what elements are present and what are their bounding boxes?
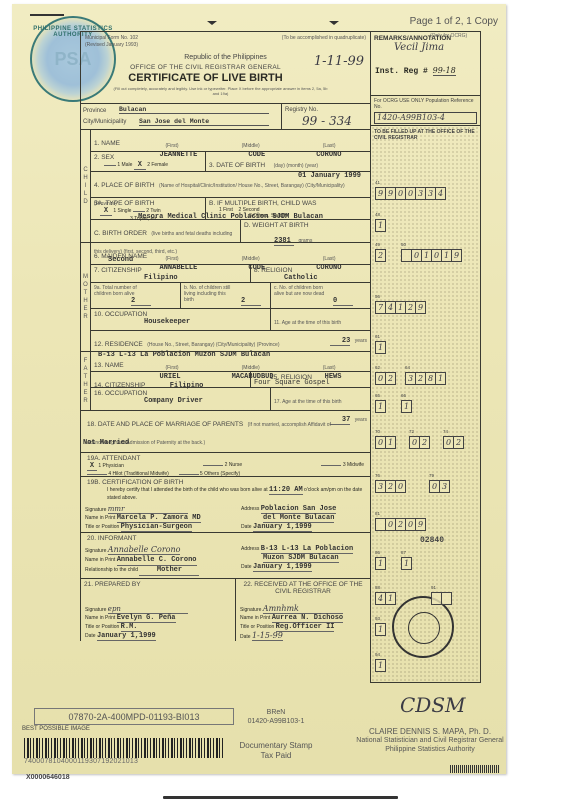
barcode-number: 7400078104000119307192021013	[24, 758, 138, 765]
date-label: Date	[241, 524, 252, 530]
alive-label: 9a. Total number of children born alive	[94, 285, 139, 297]
city-value: San Jose del Monte	[139, 118, 269, 126]
residence-cols: (House No., Street, Barangay) (City/Muni…	[147, 342, 279, 348]
side-letter: I	[85, 182, 87, 190]
mother-religion: Catholic	[284, 274, 367, 282]
location-row: Province Bulacan City/Municipality San J…	[81, 104, 370, 130]
code-label: 87	[401, 550, 406, 555]
date-label: Date	[241, 564, 252, 570]
informant-address-1: B-13 L-13 La Poblacion	[261, 545, 353, 554]
others-option: 3 Others, Specify	[249, 213, 287, 219]
code-label: 65	[375, 393, 380, 398]
marriage-block: 18. DATE AND PLACE OF MARRIAGE OF PARENT…	[81, 411, 370, 441]
ocrg-panel: REMARKS/ANNOTATION Vecil Jima Inst. Reg …	[370, 31, 481, 683]
age-label: 11. Age at the time of this birth	[274, 320, 341, 326]
province-value: Bulacan	[119, 106, 269, 114]
code-49: 2	[375, 249, 385, 262]
code-50: 0 1 0 1 9	[401, 249, 461, 262]
form-header: Municipal Form No. 102 (Revised January …	[81, 32, 370, 104]
scan-mark	[30, 14, 64, 16]
pob-label: 4. PLACE OF BIRTH	[94, 182, 155, 189]
nurse-option: 2 Nurse	[225, 462, 243, 468]
occupation-label: 10. OCCUPATION	[94, 311, 267, 318]
sig-label: Signature	[85, 507, 106, 513]
quadruplicate-note: (To be accomplished in quadruplicate)	[282, 35, 366, 41]
certifier-signature: mmr	[108, 505, 188, 514]
inst-reg-no: 99-18	[433, 66, 456, 76]
bren-block: BReN 01420-A99B103-1	[236, 708, 316, 726]
digit-box: 1	[375, 341, 386, 354]
signer-name: CLAIRE DENNIS S. MAPA, Ph. D.	[330, 727, 530, 736]
physician-check: X	[87, 462, 97, 471]
code-label: 93	[375, 616, 380, 621]
stamp-number: 02840	[420, 536, 444, 545]
code-74: 0 2	[443, 436, 463, 449]
side-letter: T	[84, 373, 88, 381]
father-name-label: 13. NAME	[94, 362, 124, 369]
code-label: 41	[375, 180, 380, 185]
child-name-row: 1. NAME (First) (Middle) (Last) JEANNETT…	[91, 130, 370, 152]
code-label: 81	[375, 511, 380, 516]
digit-box: 2	[375, 249, 386, 262]
col-last: (Last)	[323, 365, 336, 371]
child-side-label: C H I L D	[81, 130, 91, 242]
inst-reg: Inst. Reg # 99-18	[375, 66, 456, 76]
form-no-text: Municipal Form No. 102	[85, 35, 138, 42]
side-letter: E	[83, 389, 87, 397]
male-option: 1 Male	[117, 162, 132, 168]
code-label: 50	[401, 242, 406, 247]
mother-occupation: Housekeeper	[144, 318, 267, 326]
code-41: 9 9 0 0 3 3 4	[375, 187, 445, 200]
title-label: Title or Position	[240, 624, 274, 630]
code-76: 3 2 0	[375, 480, 405, 493]
attendant-block: 19a. ATTENDANT X 1 Physician 2 Nurse 3 M…	[81, 453, 370, 477]
digit-box: 2	[385, 372, 396, 385]
pop-ref-value: 1420-A99B103-4	[374, 112, 477, 124]
code-label: 48	[375, 212, 380, 217]
col-first: (First)	[166, 256, 179, 262]
prepared-received-row: 21. PREPARED BY Signature epn Name in Pr…	[81, 579, 370, 641]
code-70: 0 1	[375, 436, 395, 449]
digit-box: 2	[453, 436, 464, 449]
prepared-by-block: 21. PREPARED BY Signature epn Name in Pr…	[81, 579, 236, 641]
registry-label: Registry No.	[285, 107, 318, 113]
address-label: Address	[241, 546, 259, 552]
digit-box: 1	[401, 557, 412, 570]
sig-label: Signature	[240, 607, 261, 613]
name-label: Name in Print	[85, 515, 115, 521]
female-option: 2 Female	[147, 162, 168, 168]
hilot-check	[87, 474, 107, 475]
city-label: City/Municipality	[83, 119, 126, 125]
code-label: 72	[409, 429, 414, 434]
digit-box: 1	[375, 557, 386, 570]
informant-name: Annabelle C. Corono	[117, 556, 197, 566]
father-section: F A T H E R 13. NAME (First) (Middle) (L…	[81, 352, 370, 411]
type-label: 5a. TYPE OF BIRTH	[94, 200, 202, 207]
page-indicator: Page 1 of 2, 1 Copy	[410, 16, 498, 27]
remarks-signature: Vecil Jima	[394, 42, 477, 53]
side-letter: R	[83, 397, 87, 405]
certifier-left: Signature mmr Name in Print Marcela P. Z…	[85, 505, 201, 532]
midwife-check	[321, 465, 341, 466]
certifier-address-1: Poblacion San Jose	[261, 505, 337, 514]
name-label: Name in Print	[85, 557, 115, 563]
residence-label: 12. RESIDENCE	[94, 341, 143, 348]
preparer-name: Evelyn G. Peña	[117, 614, 176, 623]
digit-box: 1	[435, 372, 446, 385]
children-dead: 0	[333, 297, 353, 306]
multiple-label: b. IF MULTIPLE BIRTH, CHILD WAS	[209, 200, 367, 207]
code-label: 56	[375, 294, 380, 299]
dead-label: c. No. of children born alive but are no…	[274, 285, 329, 297]
punch-mark	[329, 21, 339, 25]
code-56: 7 4 1 2 9	[375, 301, 425, 314]
filled-note: TO BE FILLED UP AT THE OFFICE OF THE CIV…	[371, 126, 480, 144]
mother-name-label: 6. MAIDEN NAME	[94, 253, 147, 260]
side-letter: L	[84, 190, 87, 198]
others-check	[179, 474, 199, 475]
certifier-right: Address Poblacion San Jose del Monte Bul…	[241, 505, 336, 532]
name-label: Name in Print	[85, 615, 115, 621]
children-living: 2	[241, 297, 261, 306]
physician-option: 1 Physician	[98, 463, 124, 469]
signer-block: CLAIRE DENNIS S. MAPA, Ph. D. National S…	[330, 727, 530, 754]
code-label: 70	[375, 429, 380, 434]
preparer-signature: epn	[108, 605, 188, 614]
dob-cols: (day) (month) (year)	[274, 163, 318, 169]
col-middle: (Middle)	[242, 365, 260, 371]
form-revised-text: (Revised January 1993)	[85, 42, 138, 49]
mother-citizenship-row: 7. CITIZENSHIP Filipino 8. RELIGION Cath…	[91, 265, 370, 283]
digit-box: 1	[385, 592, 396, 605]
marriage-value: Not Married	[83, 439, 129, 447]
digit-box	[441, 592, 452, 605]
side-letter: H	[83, 297, 87, 305]
age-label: 17. Age at the time of this birth	[274, 399, 342, 405]
midwife-option: 3 Midwife	[343, 462, 364, 468]
registry-value: 99 - 334	[302, 114, 352, 128]
certifier-name: Marcela P. Zamora MD	[117, 514, 201, 523]
mother-occupation-row: 10. OCCUPATION Housekeeper 11. Age at th…	[91, 309, 370, 331]
child-pob-row: 4. PLACE OF BIRTH (Name of Hospital/Clin…	[91, 172, 370, 198]
single-option: 1 Single	[113, 208, 131, 214]
marriage-value-row: Not Married	[81, 441, 370, 453]
serial-number: X0000646018	[26, 774, 70, 781]
date-label: Date	[85, 633, 96, 639]
side-letter: A	[83, 365, 87, 373]
side-letter: M	[83, 273, 88, 281]
nurse-check	[203, 465, 223, 466]
col-middle: (Middle)	[242, 256, 260, 262]
col-last: (Last)	[323, 256, 336, 262]
informant-address-2: Muzon SJDM Bulacan	[263, 554, 339, 563]
digit-box: 1	[375, 400, 386, 413]
province-label: Province	[83, 108, 106, 114]
pop-ref-box: For OCRG USE ONLY Population Reference N…	[371, 96, 480, 126]
religion-label: 8. RELIGION	[254, 267, 367, 274]
attendant-label: 19a. ATTENDANT	[87, 455, 364, 462]
mother-residence-row: 12. RESIDENCE (House No., Street, Barang…	[91, 331, 370, 351]
title-label: Title or Position	[85, 524, 119, 530]
code-label: 61	[375, 334, 380, 339]
informant-signature: Annabelle Corono	[108, 545, 181, 555]
prepared-label: 21. PREPARED BY	[84, 581, 232, 588]
code-93: 1	[375, 623, 385, 636]
informant-left: Signature Annabelle Corono Name in Print…	[85, 545, 199, 576]
digit-box: 1	[375, 219, 386, 232]
mother-section: M O T H E R 6. MAIDEN NAME (First) (Midd…	[81, 243, 370, 352]
code-label: 64	[405, 365, 410, 370]
col-first: (First)	[166, 143, 179, 149]
side-letter: C	[83, 166, 87, 174]
name-label: Name in Print	[240, 615, 270, 621]
birth-type-row: 5a. TYPE OF BIRTH X 1 Single 2 Twin 3 Tr…	[91, 198, 370, 220]
mother-name-row: 6. MAIDEN NAME (First) (Middle) (Last) A…	[91, 243, 370, 265]
informant-date: January 1,1999	[253, 563, 312, 572]
dob-label: 3. DATE OF BIRTH	[209, 162, 265, 169]
remarks-box: REMARKS/ANNOTATION Vecil Jima Inst. Reg …	[371, 32, 480, 96]
digit-box: 1	[385, 436, 396, 449]
informant-relation: Mother	[139, 566, 199, 576]
code-86: 1	[375, 557, 385, 570]
digit-box: 9	[415, 518, 426, 531]
side-letter: F	[84, 357, 88, 365]
birth-time: 11:20 AM	[269, 486, 303, 495]
side-letter: O	[83, 281, 88, 289]
code-label: 91	[431, 585, 436, 590]
reference-number: 07870-2A-400MPD-01193-BI013	[34, 708, 234, 725]
twin-option: 2 Twin	[146, 208, 160, 214]
side-letter: E	[83, 305, 87, 313]
informant-block: 20. INFORMANT Signature Annabelle Corono…	[81, 533, 370, 579]
side-letter: D	[83, 198, 87, 206]
civil-registrar-seal-icon	[392, 596, 454, 658]
digit-box: 9	[451, 249, 462, 262]
relation-label: Relationship to the child	[85, 567, 138, 573]
col-last: (Last)	[323, 143, 336, 149]
prepared-date: January 1,1999	[97, 632, 156, 641]
sig-label: Signature	[85, 607, 106, 613]
col-first: (First)	[166, 365, 179, 371]
code-65: 1	[375, 400, 385, 413]
twin-check	[133, 211, 145, 212]
title-label: Title or Position	[85, 624, 119, 630]
receiver-signature: Amnhmk	[263, 605, 343, 614]
informant-label: 20. INFORMANT	[87, 535, 364, 542]
digit-box: 4	[435, 187, 446, 200]
form-number: Municipal Form No. 102 (Revised January …	[85, 35, 138, 49]
living-label: b. No. of children still living includin…	[184, 285, 234, 303]
code-81: 0 2 0 9	[375, 518, 425, 531]
punch-mark	[207, 21, 217, 25]
father-citizenship-row: 14. CITIZENSHIP Filipino 15. RELIGION Fo…	[91, 372, 370, 388]
code-91	[431, 592, 451, 605]
small-barcode-icon	[450, 765, 500, 773]
stamp-tax-paid: Documentary Stamp Tax Paid	[236, 741, 316, 761]
code-label: 88	[375, 585, 380, 590]
code-label: 49	[375, 242, 380, 247]
child-name-label: 1. NAME	[94, 140, 120, 147]
receiver-name: Aurrea N. Dichoso	[272, 614, 343, 623]
informant-right: Address B-13 L-13 La Poblacion Muzon SJD…	[241, 545, 353, 572]
digit-box: 0	[395, 480, 406, 493]
certifier-title: Physician-Surgeon	[121, 523, 192, 532]
received-block: 22. RECEIVED AT THE OFFICE OF THE CIVIL …	[236, 579, 370, 641]
code-61: 1	[375, 341, 385, 354]
code-label: 94	[375, 652, 380, 657]
code-label: 76	[375, 473, 380, 478]
address-label: Address	[241, 506, 259, 512]
date-label: Date	[240, 634, 251, 640]
marriage-label: 18. DATE AND PLACE OF MARRIAGE OF PARENT…	[87, 421, 243, 428]
received-date: 1-15-99	[252, 632, 283, 641]
col-middle: (Middle)	[242, 143, 260, 149]
code-79: 0 3	[429, 480, 449, 493]
digit-box: 2	[419, 436, 430, 449]
father-occupation-row: 16. OCCUPATION Company Driver 17. Age at…	[91, 388, 370, 410]
sex-label: 2. SEX	[94, 154, 202, 161]
certification-block: 19b. CERTIFICATION OF BIRTH I hereby cer…	[81, 477, 370, 533]
certification-label: 19b. CERTIFICATION OF BIRTH	[87, 479, 364, 486]
code-label: 62	[375, 365, 380, 370]
child-section: C H I L D 1. NAME (First) (Middle) (Last…	[81, 130, 370, 243]
birth-certificate-form: Municipal Form No. 102 (Revised January …	[80, 31, 370, 641]
registry-box: Registry No. 99 - 334	[281, 104, 370, 129]
occupation-label: 16. OCCUPATION	[94, 390, 267, 397]
code-48: 1	[375, 219, 385, 232]
father-side-label: F A T H E R	[81, 352, 91, 410]
father-religion: Four Square Gospel	[254, 379, 367, 387]
birth-order-row: c. BIRTH ORDER (live births and fetal de…	[91, 220, 370, 242]
side-letter: R	[83, 313, 87, 321]
code-94: 1	[375, 659, 385, 672]
received-label: 22. RECEIVED AT THE OFFICE OF THE CIVIL …	[239, 581, 367, 595]
sig-label: Signature	[85, 548, 106, 554]
side-letter: T	[84, 289, 88, 297]
single-check: X	[100, 207, 112, 216]
pop-ref-label: For OCRG USE ONLY Population Reference N…	[374, 98, 477, 110]
signer-signature: CDSM	[400, 693, 466, 717]
bren-label: BReN	[236, 708, 316, 717]
receiver-title: Reg.Officer II	[276, 623, 335, 632]
certification-date: January 1,1999	[253, 523, 312, 532]
code-label: 86	[375, 550, 380, 555]
certifier-address-2: del Monte Bulacan	[263, 514, 334, 523]
children-alive: 2	[131, 297, 151, 306]
weight-label: d. WEIGHT AT BIRTH	[244, 222, 367, 229]
female-check: X	[134, 161, 146, 170]
mother-citizenship: Filipino	[144, 274, 247, 282]
code-88: 4 1	[375, 592, 395, 605]
document-title: CERTIFICATE OF LIVE BIRTH	[81, 72, 330, 84]
digit-box: 1	[375, 659, 386, 672]
inst-reg-label: Inst. Reg #	[375, 67, 428, 76]
preparer-title: R.M.	[121, 623, 141, 632]
office-label: OFFICE OF THE CIVIL REGISTRAR GENERAL	[81, 64, 330, 71]
father-occupation: Company Driver	[144, 397, 267, 405]
code-72: 0 2	[409, 436, 429, 449]
signer-title: National Statistician and Civil Registra…	[330, 736, 530, 745]
order-label: c. BIRTH ORDER	[94, 230, 147, 237]
certification-text: I hereby certify that I attended the bir…	[107, 487, 268, 493]
code-87: 1	[401, 557, 411, 570]
mother-children-row: 9a. Total number of children born alive …	[91, 283, 370, 309]
father-name-row: 13. NAME (First) (Middle) (Last) URIEL M…	[91, 352, 370, 372]
handwritten-date: 1-11-99	[314, 54, 364, 69]
signer-org: Philippine Statistics Authority	[330, 745, 530, 754]
code-66: 1	[401, 400, 411, 413]
code-label: 66	[401, 393, 406, 398]
remarks-title: REMARKS/ANNOTATION	[374, 35, 477, 42]
best-image-label: BEST POSSIBLE IMAGE	[22, 726, 90, 732]
instructions: (Fill out completely, accurately and leg…	[111, 86, 330, 96]
code-label: 79	[429, 473, 434, 478]
code-62: 0 2	[375, 372, 395, 385]
mother-side-label: M O T H E R	[81, 243, 91, 351]
side-letter: H	[83, 174, 87, 182]
bren-value: 01420-A99B103-1	[236, 717, 316, 726]
digit-box: 3	[439, 480, 450, 493]
child-sex-dob-row: 2. SEX 1 Male X 2 Female 3. DATE OF BIRT…	[91, 152, 370, 172]
side-letter: H	[83, 381, 87, 389]
digit-box: 1	[375, 623, 386, 636]
digit-box: 9	[415, 301, 426, 314]
barcode-icon	[24, 738, 224, 758]
male-check	[104, 165, 116, 166]
citizenship-label: 7. CITIZENSHIP	[94, 267, 247, 274]
code-64: 3 2 8 1	[405, 372, 445, 385]
code-label: 74	[443, 429, 448, 434]
first-option: 1 First	[219, 207, 233, 213]
digit-box: 1	[401, 400, 412, 413]
